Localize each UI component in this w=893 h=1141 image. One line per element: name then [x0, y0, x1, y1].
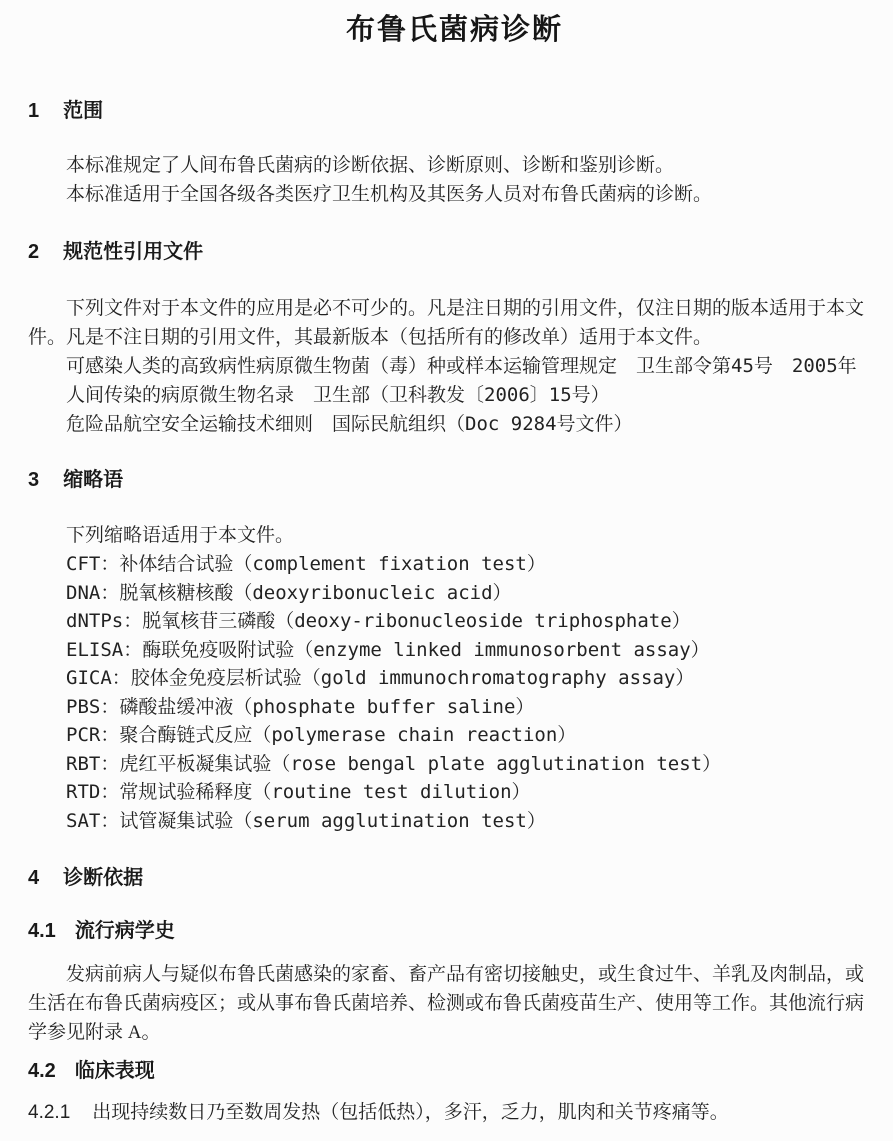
subsection-heading-epidemiology: 4.1 流行病学史 [28, 918, 881, 944]
subsection-number: 4.2 [28, 1058, 56, 1084]
abbreviation-item: RTD：常规试验稀释度（routine test dilution） [28, 778, 881, 807]
reference-item: 人间传染的病原微生物名录 卫生部（卫科教发〔2006〕15号） [28, 381, 881, 410]
section-heading-normative-references: 2 规范性引用文件 [28, 239, 881, 265]
reference-item: 危险品航空安全运输技术细则 国际民航组织（Doc 9284号文件） [28, 410, 881, 439]
document-title: 布鲁氏菌病诊断 [28, 12, 881, 48]
abbreviation-item: dNTPs：脱氧核苷三磷酸（deoxy-ribonucleoside triph… [28, 607, 881, 636]
clause-text: 出现持续数日乃至数周发热（包括低热），多汗，乏力，肌肉和关节疼痛等。 [92, 1098, 729, 1127]
subsection-number: 4.1 [28, 918, 56, 944]
abbreviation-item: ELISA：酶联免疫吸附试验（enzyme linked immunosorbe… [28, 636, 881, 665]
section-heading-label: 诊断依据 [63, 865, 143, 891]
clause-4-2-1: 4.2.1 出现持续数日乃至数周发热（包括低热），多汗，乏力，肌肉和关节疼痛等。 [28, 1098, 881, 1127]
section-heading-label: 规范性引用文件 [63, 239, 203, 265]
abbreviation-item: PCR：聚合酶链式反应（polymerase chain reaction） [28, 721, 881, 750]
abbreviation-item: GICA：胶体金免疫层析试验（gold immunochromatography… [28, 664, 881, 693]
paragraph: 发病前病人与疑似布鲁氏菌感染的家畜、畜产品有密切接触史，或生食过牛、羊乳及肉制品… [28, 960, 881, 1047]
section-heading-label: 范围 [63, 98, 103, 124]
section-number: 3 [28, 467, 39, 493]
section-heading-diagnosis-basis: 4 诊断依据 [28, 865, 881, 891]
section-number: 1 [28, 98, 39, 124]
paragraph: 本标准规定了人间布鲁氏菌病的诊断依据、诊断原则、诊断和鉴别诊断。 [28, 151, 881, 180]
abbreviation-item: CFT：补体结合试验（complement fixation test） [28, 550, 881, 579]
subsection-heading-label: 流行病学史 [75, 918, 175, 944]
section-heading-label: 缩略语 [63, 467, 123, 493]
paragraph: 下列文件对于本文件的应用是必不可少的。凡是注日期的引用文件，仅注日期的版本适用于… [28, 294, 881, 352]
abbreviation-item: DNA：脱氧核糖核酸（deoxyribonucleic acid） [28, 579, 881, 608]
section-number: 4 [28, 865, 39, 891]
paragraph: 本标准适用于全国各级各类医疗卫生机构及其医务人员对布鲁氏菌病的诊断。 [28, 180, 881, 209]
abbreviation-item: SAT：试管凝集试验（serum agglutination test） [28, 807, 881, 836]
paragraph: 下列缩略语适用于本文件。 [28, 521, 881, 550]
document-page: 布鲁氏菌病诊断 1 范围 本标准规定了人间布鲁氏菌病的诊断依据、诊断原则、诊断和… [0, 0, 893, 1141]
reference-item: 可感染人类的高致病性病原微生物菌（毒）种或样本运输管理规定 卫生部令第45号 2… [28, 352, 881, 381]
subsection-heading-label: 临床表现 [75, 1058, 155, 1084]
clause-number: 4.2.1 [28, 1098, 70, 1127]
section-heading-abbreviations: 3 缩略语 [28, 467, 881, 493]
subsection-heading-clinical: 4.2 临床表现 [28, 1058, 881, 1084]
section-heading-scope: 1 范围 [28, 98, 881, 124]
abbreviation-item: PBS：磷酸盐缓冲液（phosphate buffer saline） [28, 693, 881, 722]
abbreviation-item: RBT：虎红平板凝集试验（rose bengal plate agglutina… [28, 750, 881, 779]
section-number: 2 [28, 239, 39, 265]
